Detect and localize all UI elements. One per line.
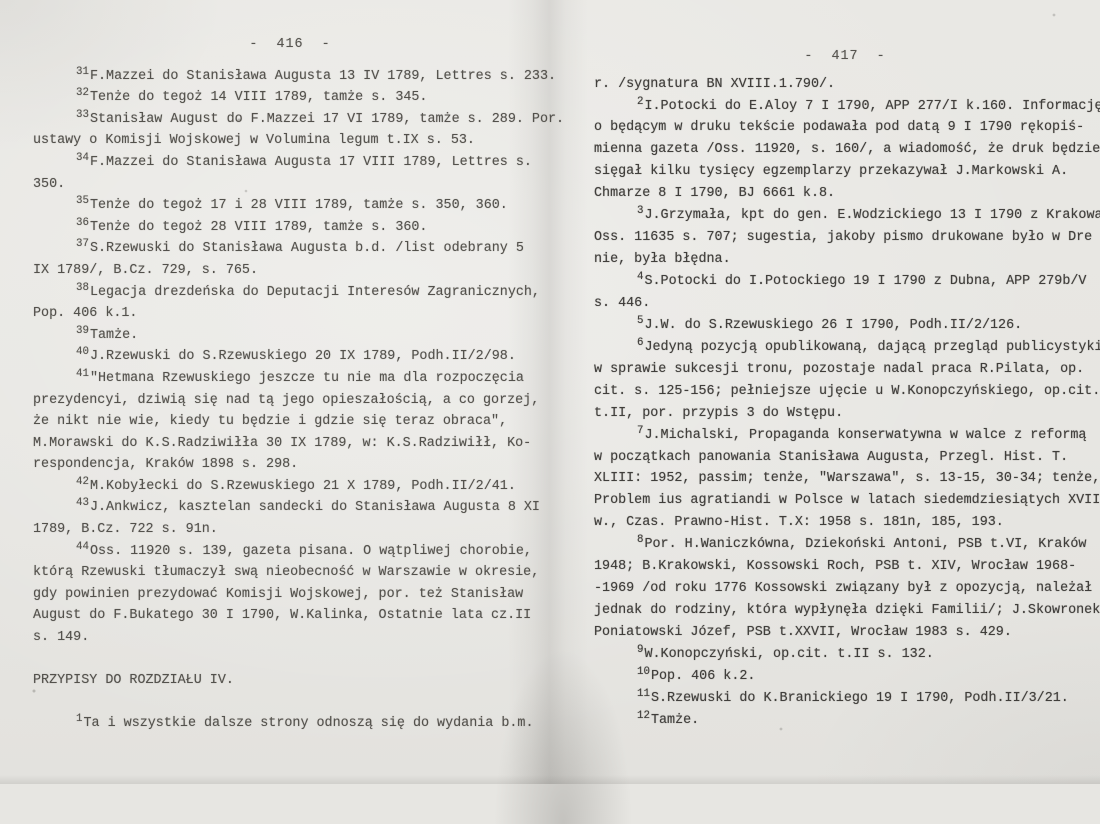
footnote-number: 3 bbox=[637, 201, 643, 223]
footnote-text: Tenże do tegoż 28 VIII 1789, tamże s. 36… bbox=[90, 220, 428, 235]
footnote-number: 9 bbox=[637, 640, 643, 662]
footnote-line: 2I.Potocki do E.Aloy 7 I 1790, APP 277/I… bbox=[594, 96, 1096, 118]
footnote-line: Chmarze 8 I 1790, BJ 6661 k.8. bbox=[594, 183, 1096, 205]
footnote-line: 39Tamże. bbox=[33, 325, 547, 347]
footnote-line: 8Por. H.Waniczkówna, Dziekoński Antoni, … bbox=[594, 534, 1096, 556]
footnote-text: cit. s. 125-156; pełniejsze ujęcie u W.K… bbox=[594, 384, 1100, 399]
footnote-text: J.Michalski, Propaganda konserwatywna w … bbox=[644, 428, 1086, 443]
footnote-line: 31F.Mazzei do Stanisława Augusta 13 IV 1… bbox=[33, 66, 547, 88]
footnote-line: 9W.Konopczyński, op.cit. t.II s. 132. bbox=[594, 644, 1096, 666]
footnote-number: 36 bbox=[76, 213, 89, 235]
footnote-text: Tamże. bbox=[90, 328, 138, 343]
footnote-number: 11 bbox=[637, 684, 650, 706]
footnote-text: Oss. 11635 s. 707; sugestia, jakoby pism… bbox=[594, 230, 1092, 245]
footnote-line: 33Stanisław August do F.Mazzei 17 VI 178… bbox=[33, 109, 547, 131]
footnote-text: Ta i wszystkie dalsze strony odnoszą się… bbox=[83, 716, 533, 731]
footnote-text: s. 149. bbox=[33, 630, 89, 645]
footnote-line: 12Tamże. bbox=[594, 710, 1096, 732]
footnote-text: "Hetmana Rzewuskiego jeszcze tu nie ma d… bbox=[90, 371, 524, 386]
footnote-line: prezydencyi, dziwią się nad tą jego opie… bbox=[33, 390, 547, 412]
footnote-line: 5J.W. do S.Rzewuskiego 26 I 1790, Podh.I… bbox=[594, 315, 1096, 337]
footnote-line: Pop. 406 k.1. bbox=[33, 303, 547, 325]
footnote-line: 6Jedyną pozycją opublikowaną, dającą prz… bbox=[594, 337, 1096, 359]
footnote-line: 42M.Kobyłecki do S.Rzewuskiego 21 X 1789… bbox=[33, 476, 547, 498]
footnote-line: którą Rzewuski tłumaczył swą nieobecność… bbox=[33, 562, 547, 584]
footnote-line: s. 149. bbox=[33, 627, 547, 649]
footnote-text: J.Rzewuski do S.Rzewuskiego 20 IX 1789, … bbox=[90, 349, 516, 364]
footnote-line: r. /sygnatura BN XVIII.1.790/. bbox=[594, 74, 1096, 96]
footnote-text: w., Czas. Prawno-Hist. T.X: 1958 s. 181n… bbox=[594, 515, 1004, 530]
footnote-text: Pop. 406 k.1. bbox=[33, 306, 137, 321]
footnote-text: Tenże do tegoż 17 i 28 VIII 1789, tamże … bbox=[90, 198, 508, 213]
footnote-text: w początkach panowania Stanisława August… bbox=[594, 450, 1068, 465]
left-page: - 416 - 31F.Mazzei do Stanisława Augusta… bbox=[33, 34, 547, 735]
footnote-number: 10 bbox=[637, 662, 650, 684]
footnote-number: 44 bbox=[76, 537, 89, 559]
footnote-line: gdy powinien prezydować Komisji Wojskowe… bbox=[33, 584, 547, 606]
footnote-text: gdy powinien prezydować Komisji Wojskowe… bbox=[33, 587, 523, 602]
footnote-text: 1789, B.Cz. 722 s. 91n. bbox=[33, 522, 218, 537]
footnote-text: sięgał kilku tysięcy egzemplarzy przekaz… bbox=[594, 164, 1068, 179]
footnote-line: cit. s. 125-156; pełniejsze ujęcie u W.K… bbox=[594, 381, 1096, 403]
footnote-line: Problem ius agratiandi w Polsce w latach… bbox=[594, 490, 1096, 512]
footnote-number: 43 bbox=[76, 493, 89, 515]
footnote-number: 32 bbox=[76, 83, 89, 105]
footnote-text: Poniatowski Józef, PSB t.XXVII, Wrocław … bbox=[594, 625, 1012, 640]
footnote-line: ustawy o Komisji Wojskowej w Volumina le… bbox=[33, 130, 547, 152]
footnote-number: 41 bbox=[76, 364, 89, 386]
footnote-line: t.II, por. przypis 3 do Wstępu. bbox=[594, 403, 1096, 425]
footnote-line: 7J.Michalski, Propaganda konserwatywna w… bbox=[594, 425, 1096, 447]
footnote-text: I.Potocki do E.Aloy 7 I 1790, APP 277/I … bbox=[644, 99, 1100, 114]
footnote-number: 6 bbox=[637, 333, 643, 355]
footnote-number: 34 bbox=[76, 148, 89, 170]
scan-bottom-edge-shadow bbox=[0, 775, 1100, 784]
footnote-text: Problem ius agratiandi w Polsce w latach… bbox=[594, 493, 1100, 508]
footnote-number: 39 bbox=[76, 321, 89, 343]
footnote-line: 38Legacja drezdeńska do Deputacji Intere… bbox=[33, 282, 547, 304]
footnote-line: o będącym w druku tekście podawała pod d… bbox=[594, 117, 1096, 139]
footnote-text: którą Rzewuski tłumaczył swą nieobecność… bbox=[33, 565, 539, 580]
footnote-line: sięgał kilku tysięcy egzemplarzy przekaz… bbox=[594, 161, 1096, 183]
footnote-line: 41"Hetmana Rzewuskiego jeszcze tu nie ma… bbox=[33, 368, 547, 390]
footnote-line: mienna gazeta /Oss. 11920, s. 160/, a wi… bbox=[594, 139, 1096, 161]
scanned-document: - 416 - 31F.Mazzei do Stanisława Augusta… bbox=[0, 0, 1100, 784]
footnote-number: 37 bbox=[76, 234, 89, 256]
footnote-line: 40J.Rzewuski do S.Rzewuskiego 20 IX 1789… bbox=[33, 346, 547, 368]
right-page-footnotes: r. /sygnatura BN XVIII.1.790/.2I.Potocki… bbox=[594, 74, 1096, 732]
footnote-number: 4 bbox=[637, 267, 643, 289]
footnote-number: 35 bbox=[76, 191, 89, 213]
footnote-line: 37S.Rzewuski do Stanisława Augusta b.d. … bbox=[33, 238, 547, 260]
footnote-text: mienna gazeta /Oss. 11920, s. 160/, a wi… bbox=[594, 142, 1100, 157]
footnote-number: 42 bbox=[76, 472, 89, 494]
footnote-number: 8 bbox=[637, 530, 643, 552]
footnote-text: r. /sygnatura BN XVIII.1.790/. bbox=[594, 77, 835, 92]
footnote-text: -1969 /od roku 1776 Kossowski związany b… bbox=[594, 581, 1092, 596]
footnote-text: jednak do rodziny, która wypłynęła dzięk… bbox=[594, 603, 1100, 618]
footnote-text: F.Mazzei do Stanisława Augusta 17 VIII 1… bbox=[90, 155, 532, 170]
left-page-footnotes: 31F.Mazzei do Stanisława Augusta 13 IV 1… bbox=[33, 66, 547, 735]
footnote-number: 40 bbox=[76, 342, 89, 364]
footnote-text: o będącym w druku tekście podawała pod d… bbox=[594, 120, 1084, 135]
footnote-text: Jedyną pozycją opublikowaną, dającą prze… bbox=[644, 340, 1100, 355]
footnote-text: w sprawie sukcesji tronu, pozostaje nada… bbox=[594, 362, 1084, 377]
footnote-text: M.Morawski do K.S.Radziwiłła 30 IX 1789,… bbox=[33, 436, 531, 451]
footnote-line: jednak do rodziny, która wypłynęła dzięk… bbox=[594, 600, 1096, 622]
scan-specks bbox=[0, 0, 2, 2]
footnote-line: że nikt nie wie, kiedy tu będzie i gdzie… bbox=[33, 411, 547, 433]
footnote-text: J.Ankwicz, kasztelan sandecki do Stanisł… bbox=[90, 500, 540, 515]
footnote-text: że nikt nie wie, kiedy tu będzie i gdzie… bbox=[33, 414, 507, 429]
footnote-text: J.Grzymała, kpt do gen. E.Wodzickiego 13… bbox=[644, 208, 1100, 223]
footnote-line: 1Ta i wszystkie dalsze strony odnoszą si… bbox=[33, 713, 547, 735]
footnote-line: nie, była błędna. bbox=[594, 249, 1096, 271]
footnote-text: PRZYPISY DO ROZDZIAŁU IV. bbox=[33, 673, 234, 688]
footnote-line: PRZYPISY DO ROZDZIAŁU IV. bbox=[33, 670, 547, 692]
footnote-line: 43J.Ankwicz, kasztelan sandecki do Stani… bbox=[33, 497, 547, 519]
footnote-line: 1948; B.Krakowski, Kossowski Roch, PSB t… bbox=[594, 556, 1096, 578]
footnote-line: 34F.Mazzei do Stanisława Augusta 17 VIII… bbox=[33, 152, 547, 174]
footnote-line: M.Morawski do K.S.Radziwiłła 30 IX 1789,… bbox=[33, 433, 547, 455]
footnote-text: XLIII: 1952, passim; tenże, "Warszawa", … bbox=[594, 471, 1100, 486]
footnote-line: -1969 /od roku 1776 Kossowski związany b… bbox=[594, 578, 1096, 600]
footnote-line: 11S.Rzewuski do K.Branickiego 19 I 1790,… bbox=[594, 688, 1096, 710]
left-page-number: - 416 - bbox=[33, 34, 547, 56]
footnote-text: IX 1789/, B.Cz. 729, s. 765. bbox=[33, 263, 258, 278]
footnote-text: s. 446. bbox=[594, 296, 650, 311]
footnote-text: 1948; B.Krakowski, Kossowski Roch, PSB t… bbox=[594, 559, 1076, 574]
footnote-line: 44Oss. 11920 s. 139, gazeta pisana. O wą… bbox=[33, 541, 547, 563]
footnote-line bbox=[33, 692, 547, 714]
footnote-text: prezydencyi, dziwią się nad tą jego opie… bbox=[33, 393, 539, 408]
footnote-line: 35Tenże do tegoż 17 i 28 VIII 1789, tamż… bbox=[33, 195, 547, 217]
footnote-line: 4S.Potocki do I.Potockiego 19 I 1790 z D… bbox=[594, 271, 1096, 293]
footnote-line bbox=[33, 649, 547, 671]
footnote-line: w sprawie sukcesji tronu, pozostaje nada… bbox=[594, 359, 1096, 381]
footnote-line: XLIII: 1952, passim; tenże, "Warszawa", … bbox=[594, 468, 1096, 490]
footnote-number: 2 bbox=[637, 92, 643, 114]
footnote-number: 1 bbox=[76, 709, 82, 731]
footnote-line: 10Pop. 406 k.2. bbox=[594, 666, 1096, 688]
footnote-number: 7 bbox=[637, 421, 643, 443]
footnote-number: 31 bbox=[76, 62, 89, 84]
footnote-text: 350. bbox=[33, 177, 65, 192]
footnote-line: Oss. 11635 s. 707; sugestia, jakoby pism… bbox=[594, 227, 1096, 249]
footnote-text: Pop. 406 k.2. bbox=[651, 669, 755, 684]
footnote-text: Oss. 11920 s. 139, gazeta pisana. O wątp… bbox=[90, 544, 532, 559]
footnote-line: w początkach panowania Stanisława August… bbox=[594, 447, 1096, 469]
footnote-text: Tenże do tegoż 14 VIII 1789, tamże s. 34… bbox=[90, 90, 428, 105]
footnote-text: S.Rzewuski do K.Branickiego 19 I 1790, P… bbox=[651, 691, 1069, 706]
footnote-line: 1789, B.Cz. 722 s. 91n. bbox=[33, 519, 547, 541]
footnote-text: M.Kobyłecki do S.Rzewuskiego 21 X 1789, … bbox=[90, 479, 516, 494]
footnote-text: S.Rzewuski do Stanisława Augusta b.d. /l… bbox=[90, 241, 524, 256]
footnote-line: 350. bbox=[33, 174, 547, 196]
footnote-line: w., Czas. Prawno-Hist. T.X: 1958 s. 181n… bbox=[594, 512, 1096, 534]
footnote-text: Tamże. bbox=[651, 713, 699, 728]
footnote-text: Por. H.Waniczkówna, Dziekoński Antoni, P… bbox=[644, 537, 1086, 552]
footnote-text: Stanisław August do F.Mazzei 17 VI 1789,… bbox=[90, 112, 564, 127]
footnote-number: 38 bbox=[76, 278, 89, 300]
footnote-line: respondencja, Kraków 1898 s. 298. bbox=[33, 454, 547, 476]
footnote-text bbox=[33, 695, 41, 710]
footnote-text: J.W. do S.Rzewuskiego 26 I 1790, Podh.II… bbox=[644, 318, 1022, 333]
right-page-number: - 417 - bbox=[594, 46, 1096, 68]
footnote-line: IX 1789/, B.Cz. 729, s. 765. bbox=[33, 260, 547, 282]
footnote-number: 5 bbox=[637, 311, 643, 333]
footnote-text: Chmarze 8 I 1790, BJ 6661 k.8. bbox=[594, 186, 835, 201]
footnote-text: nie, była błędna. bbox=[594, 252, 731, 267]
footnote-line: Poniatowski Józef, PSB t.XXVII, Wrocław … bbox=[594, 622, 1096, 644]
footnote-line: August do F.Bukatego 30 I 1790, W.Kalink… bbox=[33, 605, 547, 627]
footnote-text: S.Potocki do I.Potockiego 19 I 1790 z Du… bbox=[644, 274, 1086, 289]
footnote-line: s. 446. bbox=[594, 293, 1096, 315]
footnote-text: t.II, por. przypis 3 do Wstępu. bbox=[594, 406, 843, 421]
footnote-text: August do F.Bukatego 30 I 1790, W.Kalink… bbox=[33, 608, 531, 623]
footnote-number: 33 bbox=[76, 105, 89, 127]
footnote-line: 3J.Grzymała, kpt do gen. E.Wodzickiego 1… bbox=[594, 205, 1096, 227]
footnote-text: ustawy o Komisji Wojskowej w Volumina le… bbox=[33, 133, 475, 148]
footnote-text: F.Mazzei do Stanisława Augusta 13 IV 178… bbox=[90, 69, 556, 84]
footnote-text: W.Konopczyński, op.cit. t.II s. 132. bbox=[644, 647, 933, 662]
footnote-text: Legacja drezdeńska do Deputacji Interesó… bbox=[90, 285, 540, 300]
footnote-line: 32Tenże do tegoż 14 VIII 1789, tamże s. … bbox=[33, 87, 547, 109]
footnote-text bbox=[33, 652, 41, 667]
footnote-number: 12 bbox=[637, 706, 650, 728]
footnote-text: respondencja, Kraków 1898 s. 298. bbox=[33, 457, 298, 472]
footnote-line: 36Tenże do tegoż 28 VIII 1789, tamże s. … bbox=[33, 217, 547, 239]
right-page: - 417 - r. /sygnatura BN XVIII.1.790/.2I… bbox=[594, 46, 1096, 732]
